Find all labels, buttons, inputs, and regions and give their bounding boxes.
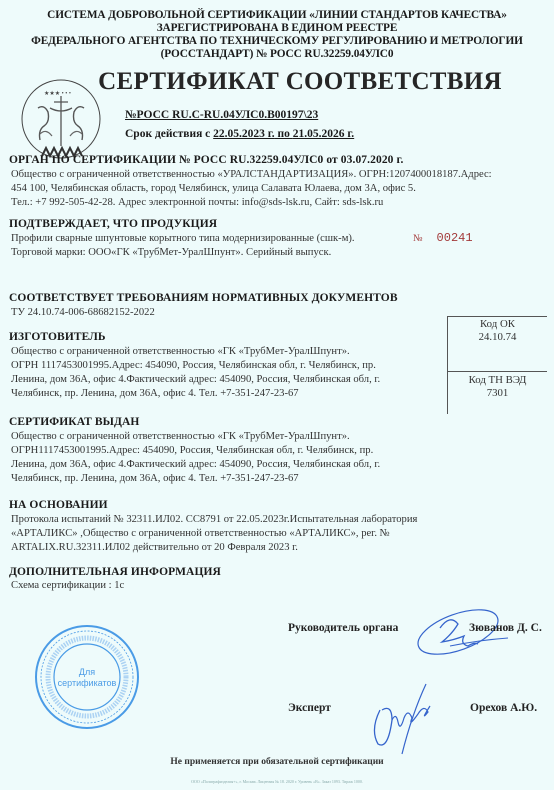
organ-heading: ОРГАН ПО СЕРТИФИКАЦИИ № РОСС RU.32259.04… xyxy=(9,154,404,166)
issued-to-heading: СЕРТИФИКАТ ВЫДАН xyxy=(9,416,139,428)
head-signature-icon xyxy=(410,606,510,662)
head-label: Руководитель органа xyxy=(288,622,398,634)
form-number-value: 00241 xyxy=(437,231,473,245)
certification-stamp: Для сертификатов xyxy=(33,623,141,731)
header-line-3: ФЕДЕРАЛЬНОГО АГЕНТСТВА ПО ТЕХНИЧЕСКОМУ Р… xyxy=(0,35,554,48)
code-tnved-label: Код ТН ВЭД xyxy=(448,374,547,387)
organ-line-1: Общество с ограниченной ответственностью… xyxy=(11,168,492,181)
normative-heading: СООТВЕТСТВУЕТ ТРЕБОВАНИЯМ НОРМАТИВНЫХ ДО… xyxy=(9,292,398,304)
footer-notice: Не применяется при обязательной сертифик… xyxy=(0,757,554,767)
basis-line-2: «АРТАЛИКС» ,Общество с ограниченной отве… xyxy=(11,527,390,540)
code-tnved-value: 7301 xyxy=(448,387,547,400)
code-ok-label: Код ОК xyxy=(448,318,547,331)
issued-to-line-1: Общество с ограниченной ответственностью… xyxy=(11,430,350,443)
manufacturer-line-1: Общество с ограниченной ответственностью… xyxy=(11,345,350,358)
code-ok-value: 24.10.74 xyxy=(448,331,547,344)
manufacturer-line-2: ОГРН 1117453001995.Адрес: 454090, Россия… xyxy=(11,359,376,372)
product-line-1: Профили сварные шпунтовые корытного типа… xyxy=(11,232,355,245)
product-line-2: Торговой марки: ООО«ГК «ТрубМет-УралШпун… xyxy=(11,246,331,259)
manufacturer-heading: ИЗГОТОВИТЕЛЬ xyxy=(9,331,106,343)
expert-label: Эксперт xyxy=(288,702,331,714)
additional-value: Схема сертификации : 1с xyxy=(11,579,124,592)
expert-signature-icon xyxy=(366,680,436,756)
svg-text:★★★ • • •: ★★★ • • • xyxy=(44,90,71,97)
issued-to-line-2: ОГРН1117453001995.Адрес: 454090, Россия,… xyxy=(11,444,373,457)
form-number: №00241 xyxy=(413,231,473,245)
issued-to-line-4: Челябинск, пр. Ленина, дом 36А, офис 4. … xyxy=(11,472,299,485)
certificate-page: СИСТЕМА ДОБРОВОЛЬНОЙ СЕРТИФИКАЦИИ «ЛИНИИ… xyxy=(0,0,554,790)
header-line-1: СИСТЕМА ДОБРОВОЛЬНОЙ СЕРТИФИКАЦИИ «ЛИНИИ… xyxy=(0,9,554,22)
basis-line-3: ARTALIX.RU.32311.ИЛ02 действительно от 2… xyxy=(11,541,298,554)
head-name: Зюванов Д. С. xyxy=(469,622,542,634)
validity-prefix: Срок действия с xyxy=(125,128,213,140)
basis-heading: НА ОСНОВАНИИ xyxy=(9,499,108,511)
expert-name: Орехов А.Ю. xyxy=(470,702,537,714)
organ-line-3: Тел.: +7 992-505-42-28. Адрес электронно… xyxy=(11,196,383,209)
manufacturer-line-3: Ленина, дом 36А, офис 4.Фактический адре… xyxy=(11,373,380,386)
form-number-sign: № xyxy=(413,233,423,244)
organ-line-2: 454 100, Челябинская область, город Челя… xyxy=(11,182,416,195)
additional-heading: ДОПОЛНИТЕЛЬНАЯ ИНФОРМАЦИЯ xyxy=(9,566,221,578)
codes-box: Код ОК 24.10.74 Код ТН ВЭД 7301 xyxy=(447,316,547,414)
codes-divider-top xyxy=(448,316,547,317)
certificate-number: №РОСС RU.C-RU.04УЛС0.B00197\23 xyxy=(125,109,318,121)
header-line-4: (РОССТАНДАРТ) № РОСС RU.32259.04УЛС0 xyxy=(0,48,554,61)
header-line-2: ЗАРЕГИСТРИРОВАНА В ЕДИНОМ РЕЕСТРЕ xyxy=(0,22,554,35)
issued-to-line-3: Ленина, дом 36А, офис 4.Фактический адре… xyxy=(11,458,380,471)
valid-to-date: 21.05.2026 г. xyxy=(293,128,354,140)
basis-line-1: Протокола испытаний № 32311.ИЛ02. СС8791… xyxy=(11,513,417,526)
normative-value: ТУ 24.10.74-006-68682152-2022 xyxy=(11,306,155,319)
footer-printer-info: ООО «Полиграфизделия+», г. Москва. Лицен… xyxy=(0,779,554,784)
product-heading: ПОДТВЕРЖДАЕТ, ЧТО ПРОДУКЦИЯ xyxy=(9,218,217,230)
validity-period: Срок действия с 22.05.2023 г. по 21.05.2… xyxy=(125,128,354,140)
document-title: СЕРТИФИКАТ СООТВЕТСТВИЯ xyxy=(90,68,510,96)
valid-from-date: 22.05.2023 г. xyxy=(213,128,274,140)
manufacturer-line-4: Челябинск, пр. Ленина, дом 36А, офис 4. … xyxy=(11,387,299,400)
validity-mid: по xyxy=(275,128,293,140)
stamp-text-2: сертификатов xyxy=(58,678,117,688)
codes-divider-mid xyxy=(448,371,547,372)
stamp-text-1: Для xyxy=(79,667,95,677)
